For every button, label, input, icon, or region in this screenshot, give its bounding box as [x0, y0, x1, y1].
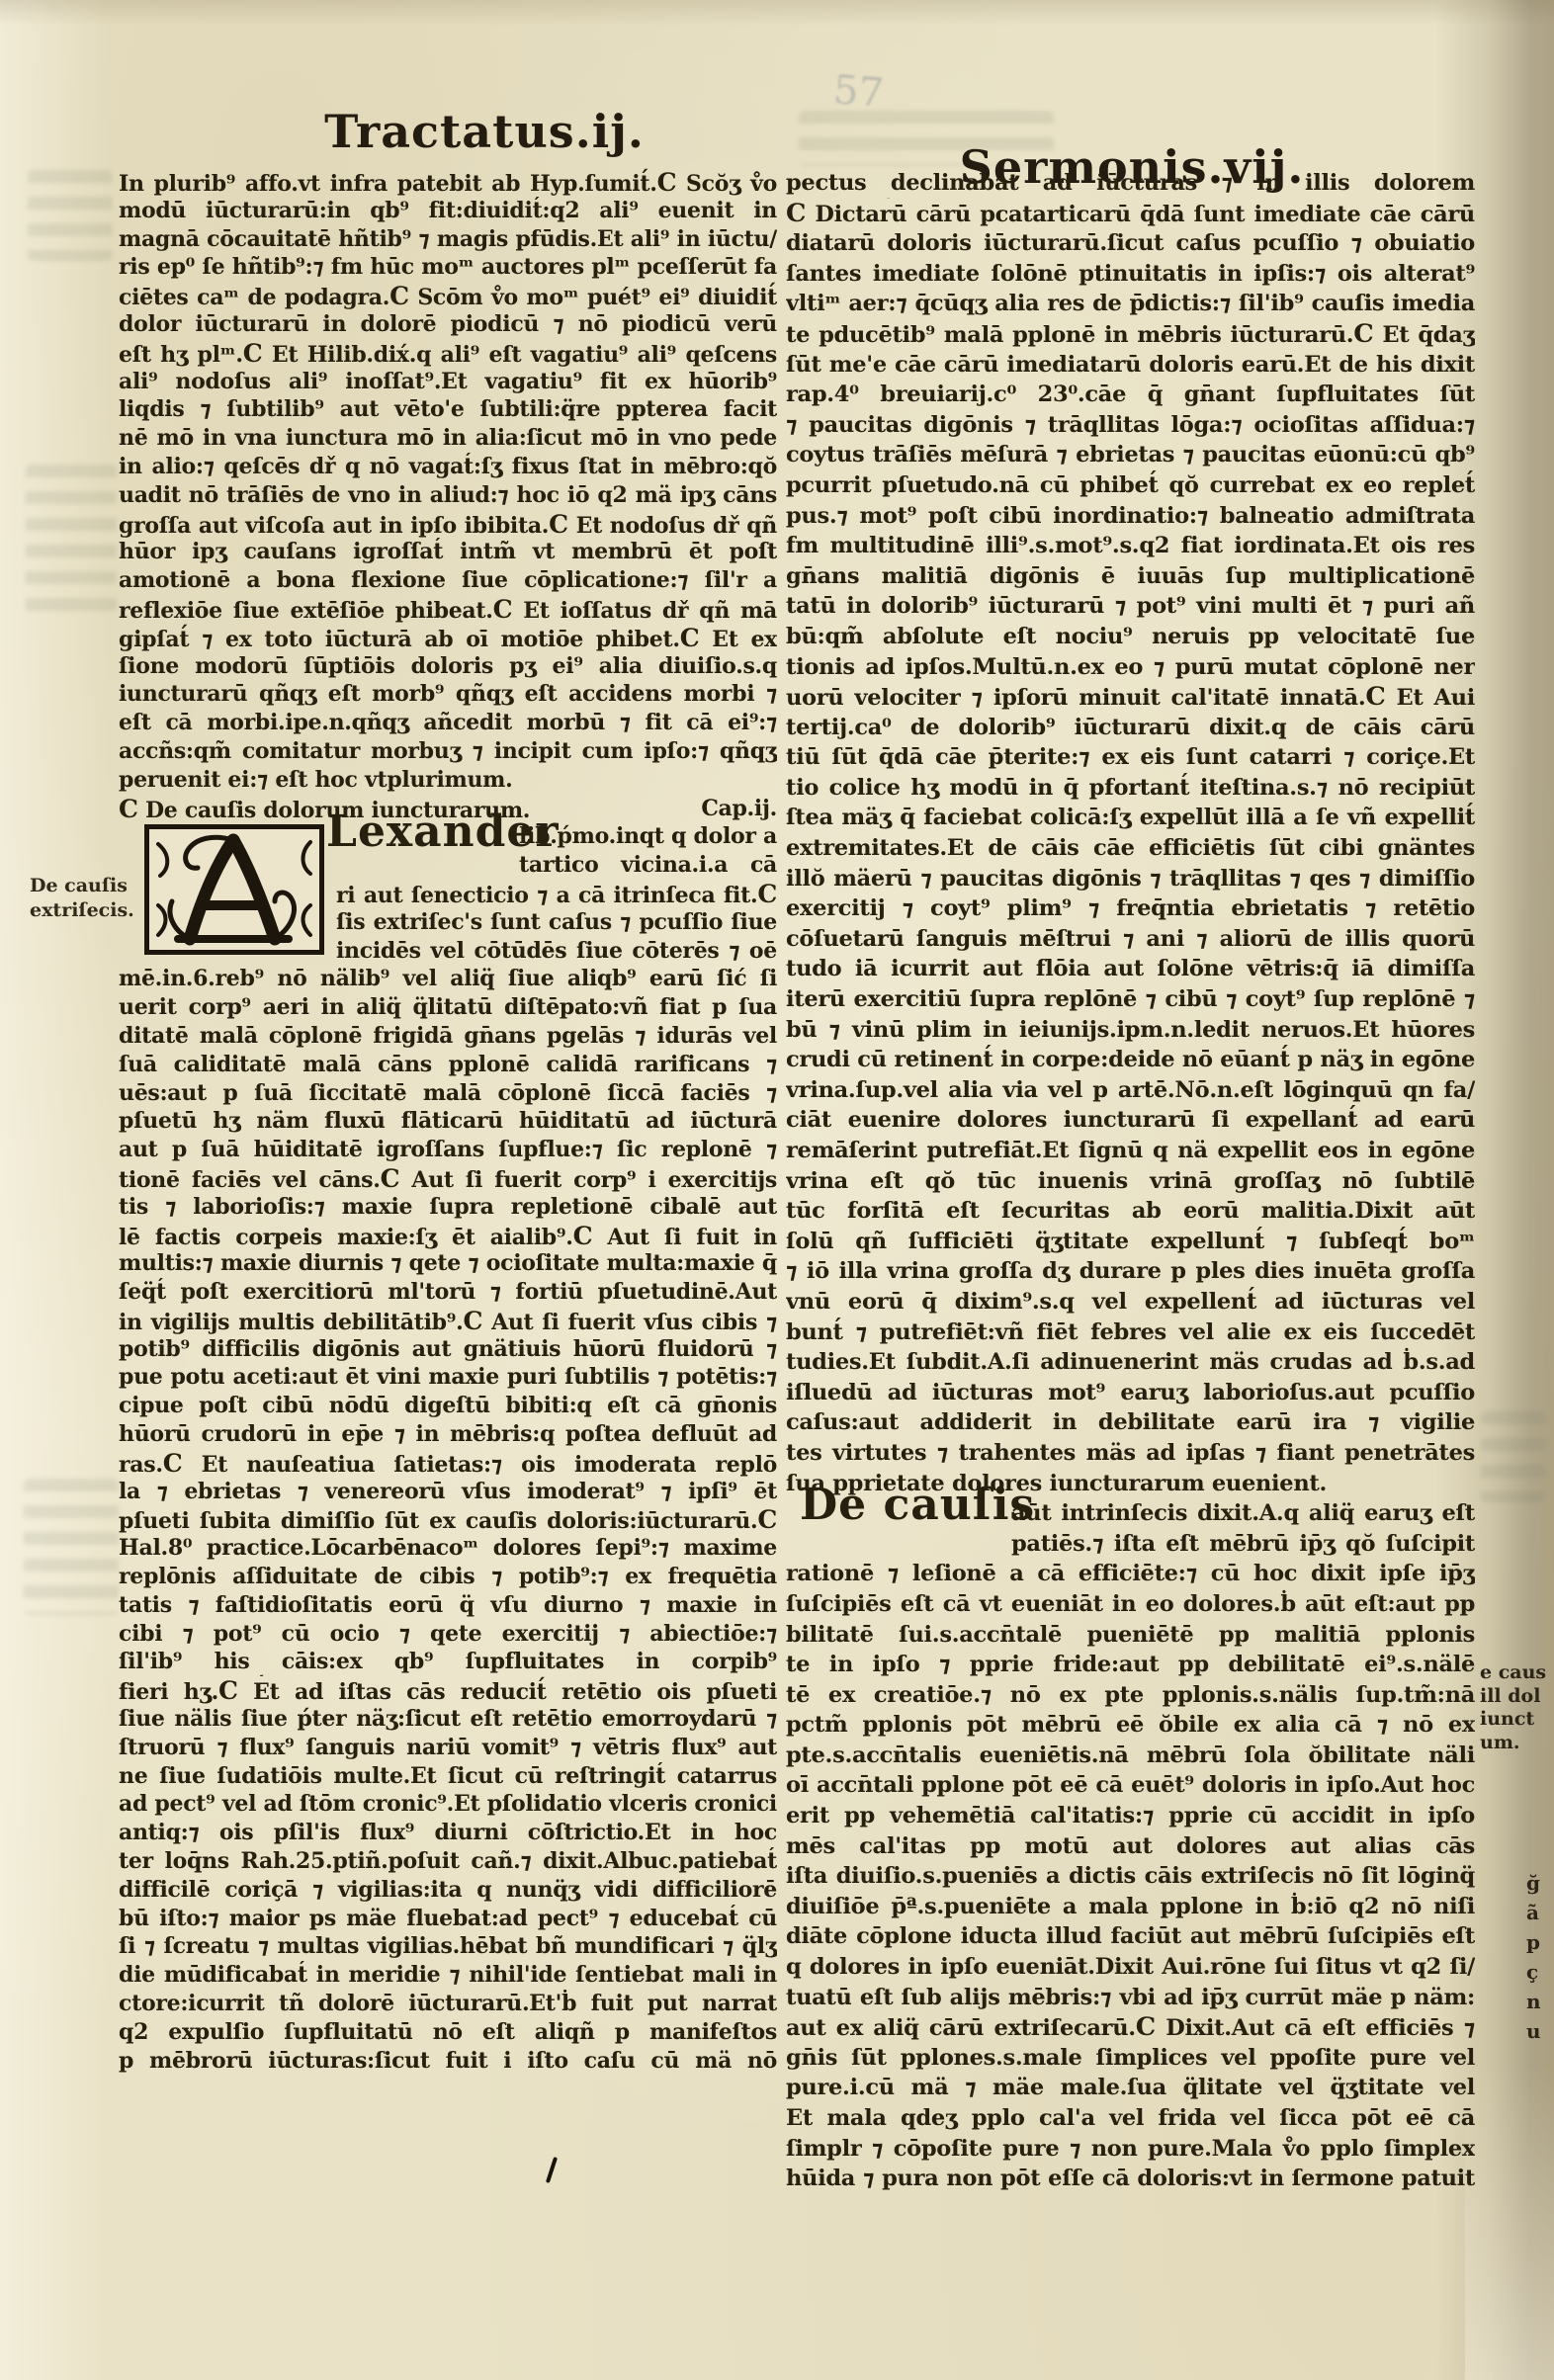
- text-line: ctore:icurrit tñ dolorē iūcturarū.Et'ḃ f…: [119, 1990, 777, 2018]
- text-line: tio colice hʒ modū in q̄ pfortant́ iteſt…: [786, 773, 1475, 804]
- margin-note-line: De cauſis: [30, 874, 142, 898]
- chapter-side-lines: lib.ṕmo.inqt q dolor a catartico vicina.…: [519, 822, 777, 880]
- text-line: diatarū doloris iūcturarū.ſicut caſus pc…: [786, 228, 1475, 259]
- text-line: multis:⁊ maxie diurnis ⁊ qete ⁊ ocioſita…: [119, 1249, 777, 1278]
- text-line: hūida ⁊ pura non pōt eſſe cā doloris:vt …: [786, 2164, 1475, 2194]
- text-line: ſtruorū ⁊ flux⁹ ſanguis nariū vomit⁹ ⁊ v…: [119, 1734, 777, 1762]
- text-line: p mēbrorū iūcturas:ſicut fuit i iſto caſ…: [119, 2047, 777, 2076]
- text-line: pte.s.accn̄talis eueniētis.nā mēbrū ſola…: [786, 1741, 1475, 1771]
- text-line: pcurrit pſuetudo.nā cū phibet́ qŏ curreb…: [786, 470, 1475, 501]
- text-line: aūt intrinſecis dixit.A.q aliq̈ earuʒ eſ…: [1011, 1498, 1475, 1529]
- text-line: bilitatē ſui.s.accn̄talē pueniētē pp mal…: [786, 1620, 1475, 1651]
- text-line: tuatū eſt ſub alijs mēbris:⁊ vbi ad ip̄ʒ…: [786, 1983, 1475, 2013]
- text-line: aut ex aliq̈ cārū extriſecarū.C Dixit.Au…: [786, 2012, 1475, 2043]
- text-line: magnā cōcauitatē hñtib⁹ ⁊ magis pfūdis.E…: [119, 225, 777, 254]
- text-line: pſueti ſubita dimiſſio ſūt ex cauſis dol…: [119, 1505, 777, 1534]
- paragraph: In plurib⁹ affo.vt infra patebit ab Hyp.…: [119, 168, 777, 795]
- text-line: pſuetū hʒ näm fluxū flāticarū hūiditatū …: [119, 1107, 777, 1136]
- text-line: lē factis corpeis maxie:ſʒ ēt aialib⁹.C …: [119, 1222, 777, 1250]
- text-line: accñs:qm̃ comitatur morbuʒ ⁊ incipit cum…: [119, 737, 777, 766]
- text-line: in alio:⁊ qeſcēs dř q nō vagat́:ſʒ fixus…: [119, 453, 777, 481]
- text-line: ne ſiue ſudatiōis multe.Et ſicut cū reſt…: [119, 1762, 777, 1791]
- text-line: nē mō in vna iunctura mō in alia:ſicut m…: [119, 424, 777, 453]
- text-line: bū iſto:⁊ maior ps mäe fluebat:ad pect⁹ …: [119, 1905, 777, 1933]
- text-line: cipue poſt cibū nōdū digeſtū bibiti:q eſ…: [119, 1392, 777, 1420]
- binding-gutter-highlight: [1465, 2064, 1554, 2380]
- text-line: tudo iā icurrit aut flōia aut ſolōne vēt…: [786, 954, 1475, 984]
- text-line: incidēs vel cōtūdēs ſiue cōterēs ⁊ oē ma…: [336, 937, 777, 966]
- text-line: tudies.Et ſubdit.A.ſi adinuenerint mäs c…: [786, 1347, 1475, 1378]
- text-line: tartico vicina.i.a cā exterio: [519, 851, 777, 880]
- text-line: tatū in dolorib⁹ iūcturarū ⁊ pot⁹ vini m…: [786, 591, 1475, 622]
- text-line: groſſa aut viſcoſa aut in ipſo ibibita.C…: [119, 510, 777, 539]
- text-line: crudi cū retinent́ in corpe:deide nō eūa…: [786, 1045, 1475, 1075]
- text-line: ali⁹ nodoſus ali⁹ inoſſat⁹.Et vagatiu⁹ f…: [119, 368, 777, 396]
- text-line: pure.i.cū mä ⁊ mäe male.ſua q̈litate vel…: [786, 2073, 1475, 2103]
- text-line: gipſat́ ⁊ ex toto iūcturā ab oī motiōe p…: [119, 624, 777, 652]
- text-line: illŏ mäerū ⁊ paucitas digōnis ⁊ trāqllit…: [786, 864, 1475, 894]
- text-line: patiēs.⁊ iſta eſt mēbrū ip̄ʒ qŏ ſuſcipit…: [1011, 1529, 1475, 1560]
- text-line: modū iūcturarū:in qb⁹ fit:diuidit́:q2 al…: [119, 197, 777, 225]
- text-line: tatis ⁊ faſtidioſitatis eorū q̈ vſu diur…: [119, 1591, 777, 1620]
- text-line: vrina eſt qŏ tūc inuenis vrinā groſſaʒ n…: [786, 1166, 1475, 1197]
- margin-note-line: extriſecis.: [30, 898, 142, 923]
- paragraph: pectus declinabat ad iūcturas ⁊ in illis…: [786, 168, 1475, 1498]
- margin-note-line: e caus: [1480, 1661, 1554, 1685]
- text-line: ſeq̈t́ poſt exercitiorū ml'torū ⁊ fortiū…: [119, 1278, 777, 1307]
- text-line: uēs:aut p ſuā ſiccitatē malā cōplonē ſic…: [119, 1079, 777, 1108]
- text-line: pectus declinabat ad iūcturas ⁊ in illis…: [786, 168, 1475, 199]
- text-line: diuiſiōe p̄ª.s.pueniēte a mala pplone in…: [786, 1892, 1475, 1922]
- text-line: C Dictarū cārū pcatarticarū q̄dā ſunt im…: [786, 199, 1475, 229]
- text-line: rationē ⁊ leſionē a cā efficiēte:⁊ cū ho…: [786, 1559, 1475, 1589]
- text-line: tionis ad ipſos.Multū.n.ex eo ⁊ purū mut…: [786, 652, 1475, 683]
- paragraph: mē.in.6.reb⁹ nō nälib⁹ vel aliq̈ ſiue al…: [119, 965, 777, 2075]
- text-line: tiū ſūt q̄dā cāe p̄terite:⁊ ex eis ſunt …: [786, 742, 1475, 773]
- margin-note-line: iunct: [1480, 1708, 1554, 1732]
- text-line: ciāt euenire dolores iuncturarū ſi expel…: [786, 1105, 1475, 1136]
- ink-stray-mark: [546, 2157, 558, 2183]
- text-line: ſimplr ⁊ cōpoſite pure ⁊ non pure.Mala v…: [786, 2134, 1475, 2165]
- text-line: te pducētib⁹ malā pplonē in mēbris iūctu…: [786, 319, 1475, 350]
- text-line: amotionē a bona flexione ſiue cōplicatio…: [119, 566, 777, 595]
- chapter-indented-lines: ri aut ſenecticio ⁊ a cā itrinſeca fit.C…: [336, 880, 777, 965]
- text-line: dolor iūcturarū in dolorē piodicū ⁊ nō p…: [119, 310, 777, 339]
- text-line: eſt hʒ plᵐ.C Et Hilib.dix́.q ali⁹ eſt va…: [119, 339, 777, 368]
- text-line: extremitates.Et de cāis cāe efficiētis ſ…: [786, 833, 1475, 864]
- text-line: ſuā caliditatē malā cāns pplonē calidā r…: [119, 1051, 777, 1079]
- section-side-lines: aūt intrinſecis dixit.A.q aliq̈ earuʒ eſ…: [1011, 1498, 1475, 1559]
- page-left-edge: [0, 0, 109, 2380]
- text-line: Et mala qdeʒ pplo cal'a vel frida vel ſi…: [786, 2103, 1475, 2134]
- text-line: tis ⁊ laborioſis:⁊ maxie ſupra repletion…: [119, 1193, 777, 1222]
- text-line: cōſuetarū ſanguis mēſtrui ⁊ ani ⁊ aliorū…: [786, 924, 1475, 955]
- text-line: vltiᵐ aer:⁊ q̄cūqʒ alia res de p̄dictis:…: [786, 289, 1475, 319]
- text-line: tē ex creatiōe.⁊ nō ex pte pplonis.s.näl…: [786, 1680, 1475, 1711]
- text-line: ſtea mäʒ q̄ faciebat colicā:ſʒ expellūt …: [786, 803, 1475, 833]
- text-line: Hal.8⁰ practice.Lōcarbēnacoᵐ dolores ſep…: [119, 1534, 777, 1563]
- margin-note-line: um.: [1480, 1732, 1554, 1755]
- clipped-letter: ã: [1526, 1901, 1554, 1924]
- text-line: pue potu aceti:aut ēt vini maxie puri ſu…: [119, 1363, 777, 1392]
- clipped-letter: ç: [1526, 1960, 1554, 1984]
- text-line: fm multitudinē illi⁹.s.mot⁹.s.q2 fiat io…: [786, 531, 1475, 561]
- text-line: ſolū qñ ſufficiēti q̈ʒtitate expellunt́ …: [786, 1227, 1475, 1257]
- text-line: bunt́ ⁊ putrefiēt:vñ fiēt febres vel ali…: [786, 1317, 1475, 1348]
- text-line: in vigilijs multis debilitātib⁹.C Aut ſi…: [119, 1307, 777, 1335]
- text-line: iſluedū ad iūcturas mot⁹ earuʒ laborioſu…: [786, 1378, 1475, 1408]
- text-line: ſūt me'e cāe cārū imediatarū doloris ear…: [786, 350, 1475, 381]
- text-line: ciētes caᵐ de podagra.C Scōm v̊o moᵐ pué…: [119, 282, 777, 310]
- text-line: iuncturarū qñqʒ eſt morb⁹ qñqʒ eſt accid…: [119, 680, 777, 709]
- margin-note-clipped: e causill doliunctum.: [1480, 1661, 1554, 1754]
- margin-note: De cauſis extriſecis.: [30, 874, 142, 923]
- text-line: coytus trāſiēs mēſurā ⁊ ebrietas ⁊ pauci…: [786, 440, 1475, 470]
- text-line: difficilē coriçā ⁊ vigilias:ita q nunq̈ʒ…: [119, 1876, 777, 1905]
- text-line: lib.ṕmo.inqt q dolor a ca: [519, 822, 777, 851]
- text-line: uerit corp⁹ aeri in aliq̈ q̈litatū diſtē…: [119, 993, 777, 1022]
- text-line: rap.4⁰ breuiarij.c⁰ 23⁰.cāe q̄ gn̄ant ſu…: [786, 380, 1475, 410]
- text-line: bū ⁊ vinū plim in ieiunijs.ipm.n.ledit n…: [786, 1015, 1475, 1046]
- section-incipit-words: De cauſis: [800, 1490, 1035, 1521]
- text-line: ſis extriſec's ſunt caſus ⁊ pcuſſio ſiue…: [336, 908, 777, 937]
- text-line: mēs cal'itas pp motū aut dolores aut ali…: [786, 1831, 1475, 1862]
- text-line: ⁊ paucitas digōnis ⁊ trāqllitas lōga:⁊ o…: [786, 410, 1475, 441]
- text-line: q2 expulſio ſupfluitatū nō eſt aliqñ p m…: [119, 2018, 777, 2047]
- text-line: ditatē malā cōplonē frigidā gn̄ans pgelā…: [119, 1022, 777, 1051]
- text-line: gn̄ans malitiā digōnis ē iuuās ſup multi…: [786, 561, 1475, 592]
- text-line: diāte cōplone iducta illud faciūt aut mē…: [786, 1921, 1475, 1952]
- text-line: gn̄is ſūt pplones.s.male ſimplices vel p…: [786, 2043, 1475, 2074]
- margin-note-line: ill dol: [1480, 1685, 1554, 1709]
- running-head-tractatus: Tractatus.ij.: [247, 105, 722, 158]
- text-line: tes virtutes ⁊ trahentes mäs ad ipſas ⁊ …: [786, 1438, 1475, 1469]
- text-line: peruenit ei:⁊ eſt hoc vtplurimum.: [119, 766, 777, 795]
- chapter-opening: Lexander lib.ṕmo.inqt q dolor a catartic…: [119, 822, 777, 965]
- text-line: aut p ſuā hūiditatē igroſſans ſupflue:⁊ …: [119, 1136, 777, 1164]
- text-line: tertij.ca⁰ de dolorib⁹ iūcturarū dixit.q…: [786, 713, 1475, 743]
- paragraph: rationē ⁊ leſionē a cā efficiēte:⁊ cū ho…: [786, 1559, 1475, 2193]
- text-line: mē.in.6.reb⁹ nō nälib⁹ vel aliq̈ ſiue al…: [119, 965, 777, 993]
- text-line: iterū exercitiū ſupra replōnē ⁊ cibū ⁊ c…: [786, 984, 1475, 1015]
- text-line: vnū eorū q̄ dixim⁹.s.q vel expellent́ ad…: [786, 1287, 1475, 1317]
- text-line: uadit nō trāſiēs de vno in aliud:⁊ hoc i…: [119, 481, 777, 510]
- show-through-folio-number: 57: [831, 67, 885, 116]
- clipped-letter: n: [1526, 1990, 1554, 2013]
- text-line: cibi ⁊ pot⁹ cū ocio ⁊ qete exercitij ⁊ a…: [119, 1620, 777, 1649]
- woodcut-initial-A: [144, 824, 324, 963]
- text-line: In plurib⁹ affo.vt infra patebit ab Hyp.…: [119, 168, 777, 197]
- text-line: die mūdificabat́ in meridie ⁊ nihil'ide …: [119, 1961, 777, 1990]
- text-line: ſi ⁊ ſcreatu ⁊ multas vigilias.hēbat bñ …: [119, 1932, 777, 1961]
- text-line: ter loq̄ns Rah.25.ptiñ.poſuit cañ.⁊ dixi…: [119, 1847, 777, 1876]
- text-line: remāſerint putrefiāt.Et ſignū q nä expel…: [786, 1136, 1475, 1166]
- text-line: exercitij ⁊ coyt⁹ plim⁹ ⁊ freq̄ntia ebri…: [786, 893, 1475, 924]
- text-line: replōnis aſſiduitate de cibis ⁊ potib⁹:⁊…: [119, 1563, 777, 1591]
- text-line: caſus:aut addiderit in debilitate earū i…: [786, 1407, 1475, 1438]
- text-line: la ⁊ ebrietas ⁊ venereorū vſus imoderat⁹…: [119, 1478, 777, 1506]
- text-line: ſil'ib⁹ his cāis:ex qb⁹ ſupfluitates in …: [119, 1648, 777, 1676]
- text-column-left: In plurib⁹ affo.vt infra patebit ab Hyp.…: [119, 168, 777, 2075]
- text-line: te in ipſo ⁊ pprie fride:aut pp debilita…: [786, 1650, 1475, 1680]
- text-line: iſta diuiſio.s.pueniēs a dictis cāis ext…: [786, 1861, 1475, 1892]
- text-line: ſantes imediate ſolōnē ptinuitatis in ip…: [786, 259, 1475, 290]
- clipped-letter: ğ: [1526, 1871, 1554, 1895]
- text-line: potib⁹ difficilis digōnis aut gnätiuis h…: [119, 1335, 777, 1364]
- text-line: vrina.ſup.vel alia via vel p artē.Nō.n.e…: [786, 1075, 1475, 1106]
- text-line: reflexiōe ſiue extēſiōe phibeat.C Et ioſ…: [119, 595, 777, 624]
- text-line: ris ep⁰ ſe hñtib⁹:⁊ fm hūc moᵐ auctores …: [119, 253, 777, 282]
- text-line: ad pect⁹ vel ad ſtōm cronic⁹.Et pſolidat…: [119, 1790, 777, 1819]
- text-line: hūor ipʒ cauſans igroſſat́ intm̃ vt memb…: [119, 538, 777, 566]
- text-line: ri aut ſenecticio ⁊ a cā itrinſeca fit.C…: [336, 880, 777, 908]
- text-line: liqdis ⁊ ſubtilib⁹ aut vēto'e ſubtili:q̈…: [119, 395, 777, 424]
- text-line: ſiue nälis ſiue ṕter näʒ:ſicut eſt retēt…: [119, 1705, 777, 1734]
- text-line: oī accn̄tali pplone pōt eē cā euēt⁹ dolo…: [786, 1770, 1475, 1801]
- text-column-right: pectus declinabat ad iūcturas ⁊ in illis…: [786, 168, 1475, 2194]
- text-line: bū:qm̃ abſolute eſt nociu⁹ neruis pp vel…: [786, 622, 1475, 652]
- text-line: tūc forſitā eſt ſecuritas ab eorū maliti…: [786, 1196, 1475, 1227]
- page-top-edge: [0, 0, 1554, 26]
- book-page: 57 Tractatus.ij. Sermonis.vij. In plurib…: [0, 0, 1554, 2380]
- text-line: pctm̃ pplonis pōt mēbrū eē ŏbile ex alia…: [786, 1710, 1475, 1741]
- text-line: uorū velociter ⁊ ipſorū minuit cal'itatē…: [786, 682, 1475, 713]
- clipped-letter: p: [1526, 1930, 1554, 1954]
- chapter-number: Cap.ij.: [701, 795, 777, 823]
- text-line: erit pp vehemētiā cal'itatis:⁊ pprie cū …: [786, 1801, 1475, 1831]
- text-line: q dolores in ipſo eueniāt.Dixit Aui.rōne…: [786, 1952, 1475, 1983]
- text-line: ras.C Et nauſeatiua ſatietas:⁊ ois imode…: [119, 1449, 777, 1478]
- text-line: fieri hʒ.C Et ad iſtas cās reducit́ retē…: [119, 1676, 777, 1705]
- text-line: antiq:⁊ ois pſil'is flux⁹ diurni cōſtric…: [119, 1819, 777, 1847]
- section-opening: De cauſis aūt intrinſecis dixit.A.q aliq…: [786, 1498, 1475, 1559]
- text-line: hūorū crudorū in ep̄e ⁊ in mēbris:q poſt…: [119, 1420, 777, 1449]
- text-line: pus.⁊ mot⁹ poſt cibū inordinatio:⁊ balne…: [786, 501, 1475, 532]
- text-line: tionē faciēs vel cāns.C Aut ſi fuerit co…: [119, 1164, 777, 1193]
- text-line: ſione modorū ſūptiōis doloris pʒ ei⁹ ali…: [119, 652, 777, 681]
- clipped-letter: u: [1526, 2019, 1554, 2043]
- text-line: ſuſcipiēs eſt cā vt eueniāt in eo dolore…: [786, 1589, 1475, 1620]
- text-line: ⁊ iō illa vrina groſſa dʒ durare p ples …: [786, 1256, 1475, 1287]
- text-line: eſt cā morbi.ipe.n.qñqʒ añcedit morbū ⁊ …: [119, 709, 777, 737]
